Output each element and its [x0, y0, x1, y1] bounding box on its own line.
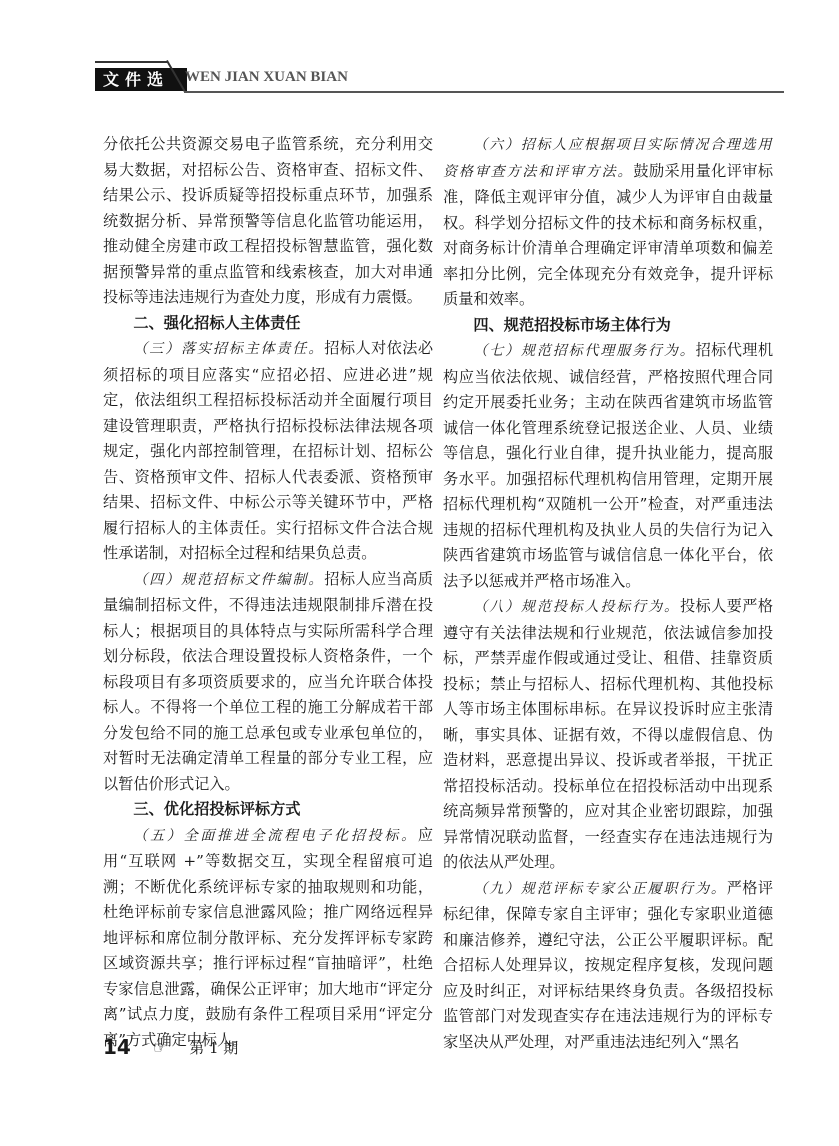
page-header: 文件选编 WEN JIAN XUAN BIAN	[0, 0, 839, 100]
header-top-rule	[95, 61, 167, 63]
paragraph-body: 招标代理机构应当依法依规、诚信经营，严格按照代理合同约定开展委托业务；主动在陕西…	[443, 341, 773, 590]
issue-label: 第 1 期	[189, 1037, 238, 1058]
paragraph-body: 投标人要严格遵守有关法律法规和行业规范，依法诚信参加投标，严禁弄虚作假或通过受让…	[443, 597, 773, 871]
paragraph-lead: （三）落实招标主体责任。	[133, 341, 324, 357]
paragraph-lead: （九）规范评标专家公正履职行为。	[473, 881, 726, 897]
paragraph-body: 严格评标纪律，保障专家自主评审；强化专家职业道德和廉洁修养，遵纪守法，公正公平履…	[443, 879, 773, 1051]
paragraph: 分依托公共资源交易电子监管系统，充分利用交易大数据，对招标公告、资格审查、招标文…	[103, 132, 433, 311]
section-heading: 四、规范招投标市场主体行为	[443, 313, 773, 339]
page-number: 14	[103, 1035, 131, 1059]
paragraph: （七）规范招标代理服务行为。招标代理机构应当依法依规、诚信经营，严格按照代理合同…	[443, 338, 773, 594]
page-footer: 14 ☞ 第 1 期	[103, 1034, 238, 1060]
left-column: 分依托公共资源交易电子监管系统，充分利用交易大数据，对招标公告、资格审查、招标文…	[103, 132, 433, 1053]
section-heading: 三、优化招投标评标方式	[103, 797, 433, 823]
section-title-cn: 文件选编	[103, 70, 169, 112]
paragraph-lead: （四）规范招标文件编制。	[133, 572, 324, 588]
header-bottom-rule	[184, 91, 784, 93]
right-column: （六）招标人应根据项目实际情况合理选用资格审查方法和评审方法。鼓励采用量化评审标…	[443, 132, 773, 1055]
paragraph-lead: （五）全面推进全流程电子化招投标。	[133, 828, 417, 844]
section-title-en: WEN JIAN XUAN BIAN	[185, 69, 348, 86]
paragraph-body: 鼓励采用量化评审标准，降低主观评审分值，减少人为评审自由裁量权。科学划分招标文件…	[443, 162, 773, 309]
paragraph-body: 应用“互联网 +”等数据交互，实现全程留痕可追溯；不断优化系统评标专家的抽取规则…	[103, 826, 433, 1049]
paragraph: （三）落实招标主体责任。招标人对依法必须招标的项目应落实“应招必招、应进必进”规…	[103, 336, 433, 567]
pointing-hand-icon: ☞	[153, 1038, 167, 1057]
paragraph: （五）全面推进全流程电子化招投标。应用“互联网 +”等数据交互，实现全程留痕可追…	[103, 823, 433, 1054]
section-heading: 二、强化招标人主体责任	[103, 311, 433, 337]
paragraph: （九）规范评标专家公正履职行为。严格评标纪律，保障专家自主评审；强化专家职业道德…	[443, 876, 773, 1056]
paragraph: （八）规范投标人投标行为。投标人要严格遵守有关法律法规和行业规范，依法诚信参加投…	[443, 594, 773, 876]
paragraph-body: 招标人应当高质量编制招标文件，不得违法违规限制排斥潜在投标人；根据项目的具体特点…	[103, 570, 433, 793]
paragraph-body: 招标人对依法必须招标的项目应落实“应招必招、应进必进”规定，依法组织工程招标投标…	[103, 339, 433, 562]
paragraph-lead: （七）规范招标代理服务行为。	[473, 343, 695, 359]
paragraph: （六）招标人应根据项目实际情况合理选用资格审查方法和评审方法。鼓励采用量化评审标…	[443, 132, 773, 313]
paragraph: （四）规范招标文件编制。招标人应当高质量编制招标文件，不得违法违规限制排斥潜在投…	[103, 567, 433, 798]
paragraph-lead: （八）规范投标人投标行为。	[473, 599, 680, 615]
